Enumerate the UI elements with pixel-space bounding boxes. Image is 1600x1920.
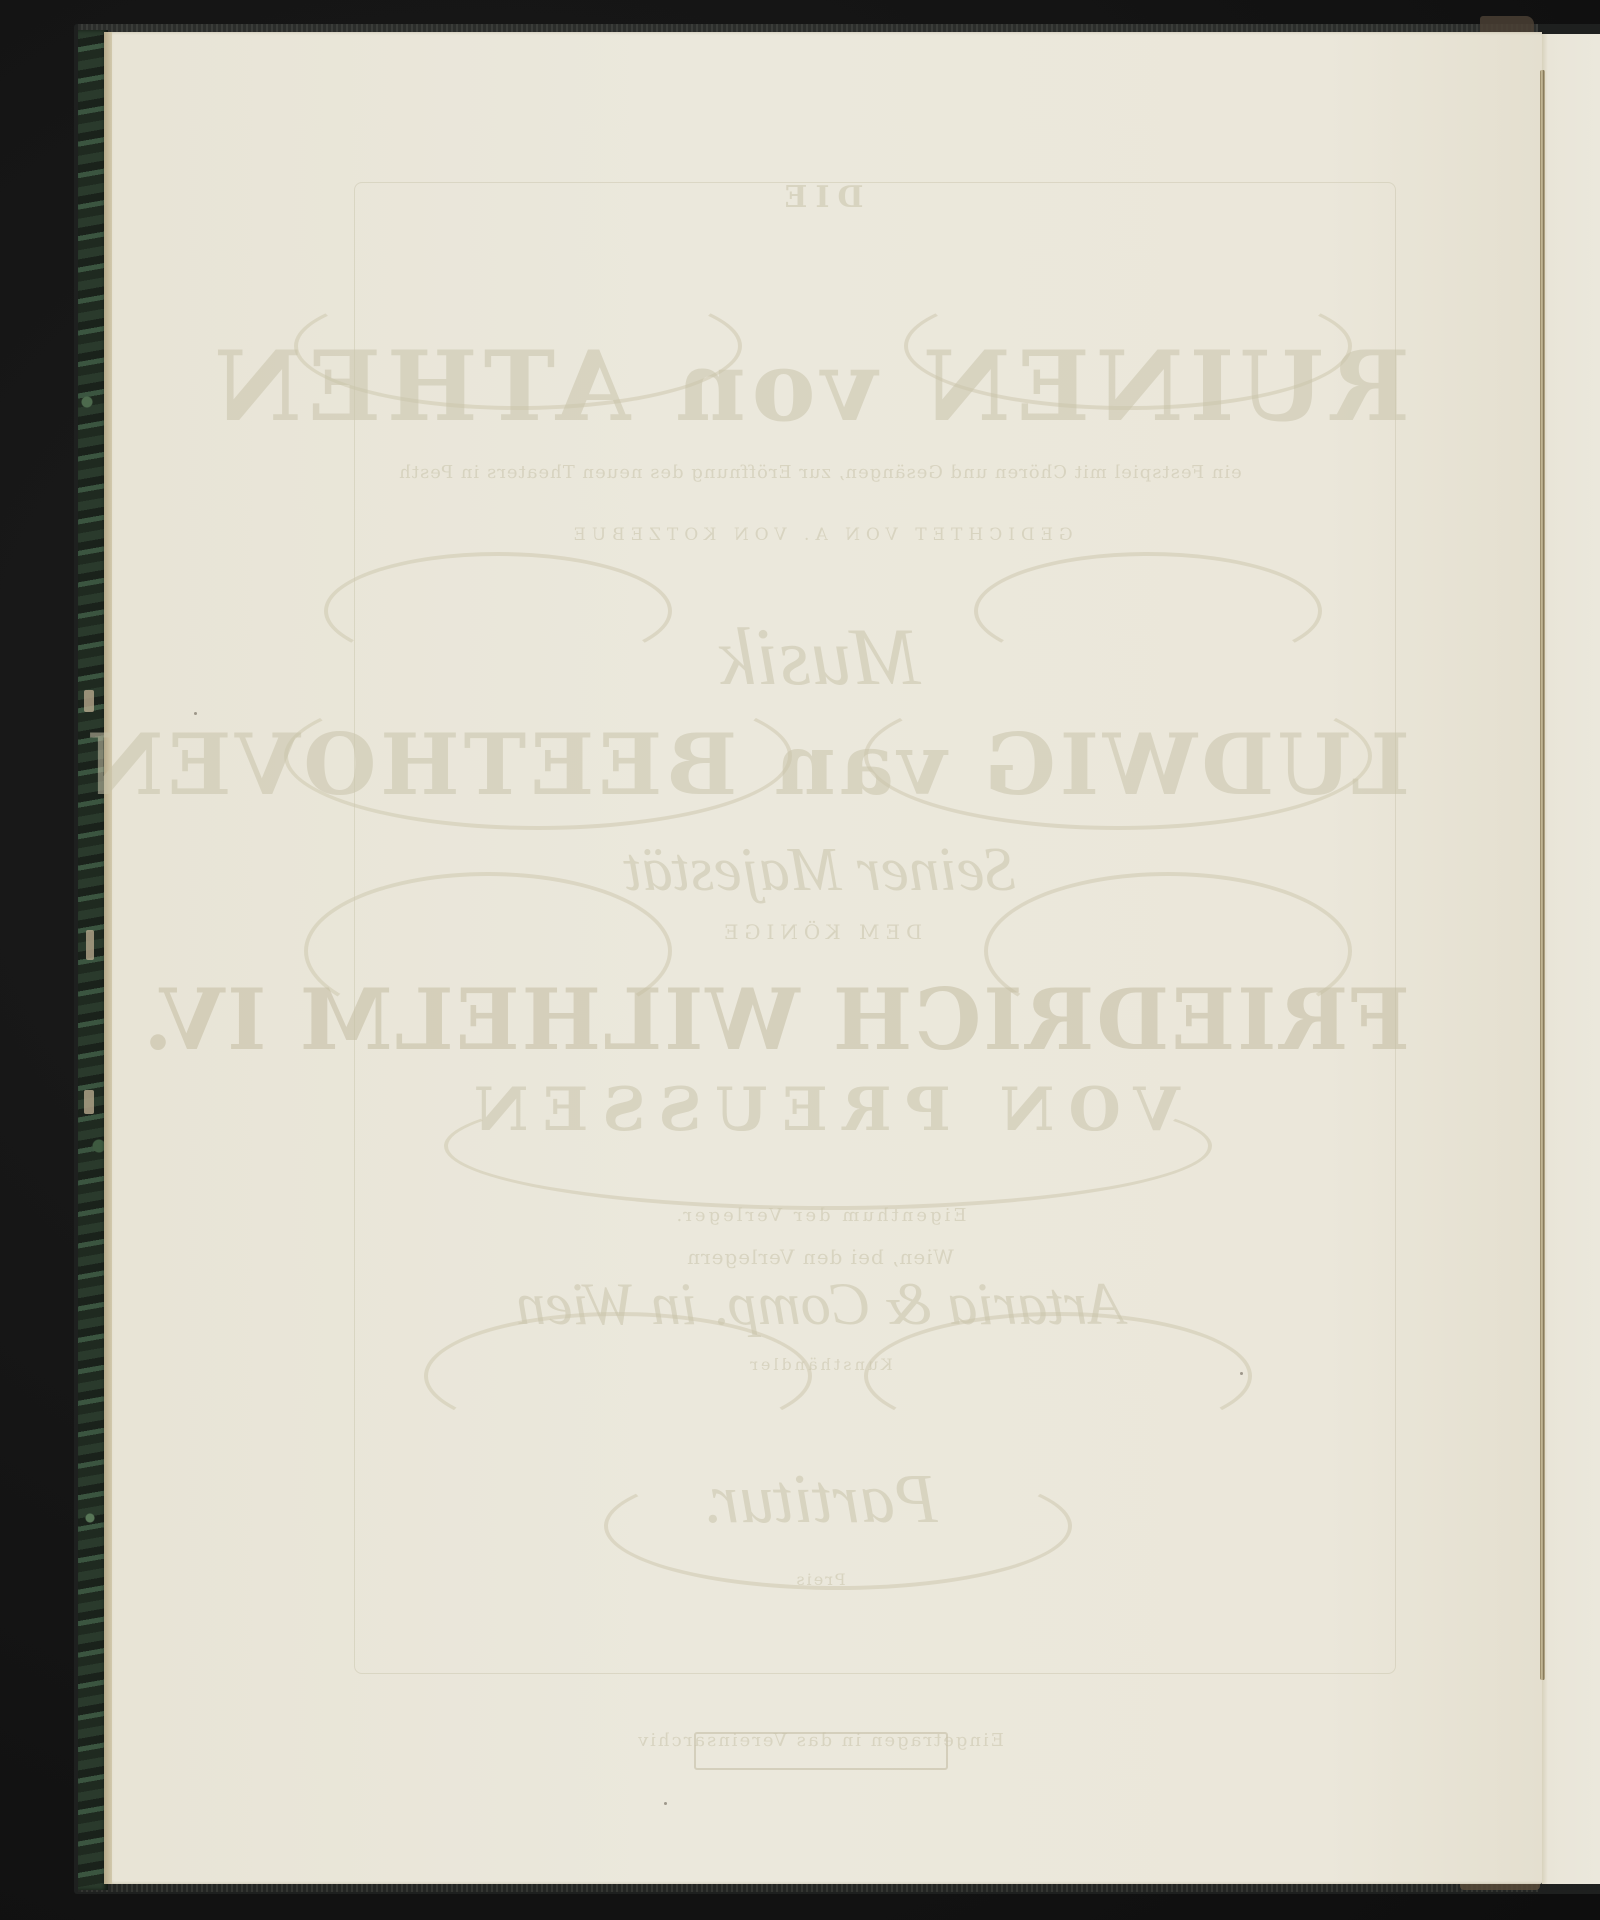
- cover-wear-mark: [84, 1090, 94, 1114]
- page-fold: [1540, 70, 1545, 1680]
- page-corner-wear: [1480, 16, 1534, 32]
- cover-wear-mark: [84, 690, 94, 712]
- paper-speck: [664, 1802, 667, 1805]
- flourish: [324, 552, 672, 670]
- flourish: [284, 682, 792, 830]
- book-page: [104, 32, 1542, 1884]
- stamp-box: [694, 1732, 948, 1770]
- flourish: [864, 1312, 1252, 1440]
- flourish: [864, 682, 1372, 830]
- page-inner-edge: [104, 32, 112, 1884]
- facing-page-edge: [1542, 34, 1600, 1884]
- flourish: [304, 872, 672, 1030]
- flourish: [974, 552, 1322, 670]
- flourish: [424, 1312, 812, 1440]
- flourish: [904, 282, 1352, 410]
- flourish: [984, 872, 1352, 1030]
- flourish: [294, 282, 742, 410]
- flourish: [444, 1082, 1212, 1210]
- flourish: [604, 1462, 1072, 1590]
- paper-speck: [194, 712, 197, 715]
- cover-wear-mark: [86, 930, 94, 960]
- paper-speck: [1240, 1372, 1243, 1375]
